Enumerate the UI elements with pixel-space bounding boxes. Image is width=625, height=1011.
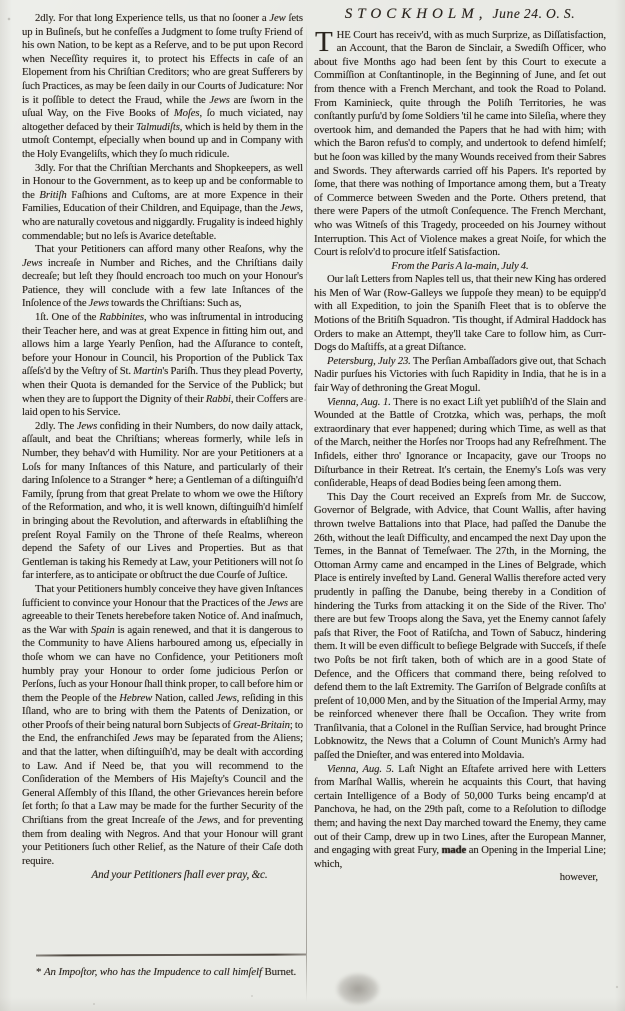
petition-paragraph-2dly-second: 2dly. The Jews confiding in their Number… bbox=[22, 420, 303, 583]
footnote: * An Impoſtor, who has the Impudence to … bbox=[22, 966, 304, 979]
petition-paragraph-1st: 1ſt. One of the Rabbinites, who was inſt… bbox=[22, 311, 303, 420]
newspaper-page: 2dly. For that long Experience tells, us… bbox=[0, 0, 625, 1011]
right-column: STOCKHOLM, June 24. O. S. THE Court has … bbox=[314, 4, 606, 1006]
vienna-aug1-paragraph: Vienna, Aug. 1. There is no exact Liſt y… bbox=[314, 396, 606, 491]
belgrade-express-paragraph: This Day the Court received an Expreſs f… bbox=[314, 491, 606, 763]
stockholm-article-text: HE Court has receiv'd, with as much Surp… bbox=[314, 29, 606, 259]
catchword: however, bbox=[314, 871, 606, 885]
footnote-divider-rule bbox=[36, 954, 306, 957]
vienna-aug5-paragraph: Vienna, Aug. 5. Laſt Night an Eſtafete a… bbox=[314, 763, 606, 872]
column-divider-rule bbox=[306, 24, 307, 1002]
petition-signature: And your Petitioners ſhall ever pray, &c… bbox=[22, 869, 303, 883]
petition-paragraph-reasons: That your Petitioners can afford many ot… bbox=[22, 243, 303, 311]
dateline-date: June 24. O. S. bbox=[493, 6, 576, 21]
petition-paragraph-3dly: 3dly. For that the Chriſtian Merchants a… bbox=[22, 162, 303, 244]
stockholm-article-paragraph: THE Court has receiv'd, with as much Sur… bbox=[314, 29, 606, 260]
ink-stain bbox=[336, 973, 380, 1005]
dateline-city: STOCKHOLM, bbox=[345, 6, 488, 22]
left-column: 2dly. For that long Experience tells, us… bbox=[22, 12, 303, 944]
paris-alamain-subheading: From the Paris A la-main, July 4. bbox=[314, 260, 606, 274]
drop-cap: T bbox=[314, 29, 337, 55]
petition-paragraph-2dly: 2dly. For that long Experience tells, us… bbox=[22, 12, 303, 162]
naples-paragraph: Our laſt Letters from Naples tell us, th… bbox=[314, 273, 606, 355]
petition-paragraph-prayer: That your Petitioners humbly conceive th… bbox=[22, 583, 303, 868]
dateline-heading: STOCKHOLM, June 24. O. S. bbox=[314, 7, 606, 23]
petersburg-paragraph: Petersburg, July 23. The Perſian Ambaſſa… bbox=[314, 355, 606, 396]
